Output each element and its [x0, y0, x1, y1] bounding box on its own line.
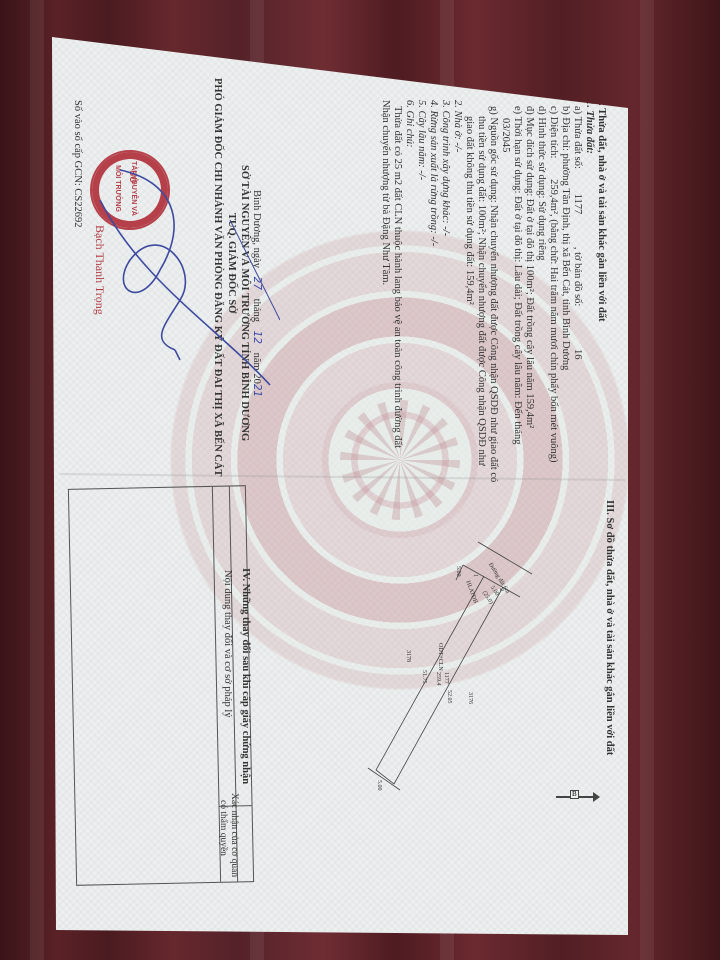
notes-heading: 6. Ghi chú:: [404, 100, 415, 148]
section2-sub1: 1. Thửa đất:: [584, 100, 595, 154]
parcel-area-label: 259.4: [435, 672, 441, 686]
section2-title: II. Thửa đất, nhà ở và tài sản khác gắn …: [596, 95, 607, 322]
edge-bottom-label: 5.00: [376, 780, 382, 791]
parcel-number-label: 1177: [443, 672, 449, 684]
parcel-sketch-map: [360, 540, 600, 800]
parcel-number-line: a) Thửa đất số: 1177 , tờ bản đồ số: 16: [572, 106, 583, 359]
parcel-number: 1177: [572, 194, 583, 215]
neighbor-left-label: 3178: [405, 650, 411, 662]
origin-line-3: giao đất không thu tiền sử dụng đất: 159…: [464, 116, 475, 305]
area-value: 259,4m², (bằng chữ: Hai trăm năm mươi ch…: [548, 179, 559, 462]
background-stripe: [30, 0, 44, 960]
north-label: B: [570, 790, 579, 799]
registry-number: Số vào sổ cấp GCN: CS22692: [72, 100, 83, 227]
address-line: b) Địa chỉ: phường Tân Định, thị xã Bến …: [560, 106, 571, 370]
note-line-2: Nhận chuyển nhượng từ bà Đặng Như Tâm.: [380, 100, 391, 285]
house-line: 2. Nhà ở: -/-: [452, 100, 463, 152]
certificate-page: II. Thửa đất, nhà ở và tài sản khác gắn …: [0, 0, 720, 960]
use-term-line: e) Thời hạn sử dụng: Đất ở tại đô thị: L…: [512, 106, 523, 445]
edge-small-label: 5.00: [455, 566, 461, 577]
map-sheet-number: 16: [572, 349, 583, 360]
changes-col-confirm-2: có thẩm quyền: [218, 800, 228, 856]
corner-1-label: 1: [472, 574, 478, 577]
edge-right-label: 52.05: [446, 690, 452, 704]
north-arrow-icon: B: [556, 796, 596, 798]
use-purpose-line: đ) Mục đích sử dụng: Đất ở tại đô thị 10…: [524, 106, 535, 428]
use-term-line-2: 03/2045: [500, 118, 511, 152]
perennial-line: 5. Cây lâu năm: -/-: [416, 100, 427, 180]
area-line: c) Diện tích: 259,4m², (bằng chữ: Hai tr…: [548, 106, 559, 463]
edge-left-label: 51.75: [421, 670, 427, 684]
origin-line-2: thu tiền sử dụng đất: 100m²; Nhận chuyển…: [476, 116, 487, 466]
handwritten-signature: [80, 160, 280, 390]
section3-title: III. Sơ đồ thửa đất, nhà ở và tài sản kh…: [604, 500, 615, 755]
map-sheet-label: , tờ bản đồ số:: [572, 247, 583, 307]
note-line-1: Thửa đất có 25 m2 đất CLN thuộc hành lan…: [392, 106, 403, 448]
background-stripe: [640, 0, 654, 960]
parcel-code-label: ODT+CLN: [437, 643, 443, 671]
other-works-line: 3. Công trình xây dựng khác: -/-: [440, 100, 451, 236]
parcel-label: a) Thửa đất số:: [572, 106, 583, 169]
corner-2-label: 2: [498, 588, 504, 591]
use-form-line: d) Hình thức sử dụng: Sử dụng riêng: [536, 106, 547, 260]
changes-col-content: Nội dung thay đổi và cơ sở pháp lý: [222, 570, 233, 718]
area-label: c) Diện tích:: [548, 106, 559, 158]
forest-line: 4. Rừng sản xuất là rừng trồng: -/-: [428, 100, 439, 246]
neighbor-right-label: 3176: [467, 692, 473, 704]
signer-name: Bạch Thanh Trọng: [94, 225, 106, 315]
origin-line: g) Nguồn gốc sử dụng: Nhận chuyển nhượng…: [488, 106, 499, 482]
section4-title: IV. Những thay đổi sau khi cấp giấy chứn…: [240, 568, 251, 784]
changes-col-confirm-1: Xác nhận của cơ quan: [229, 793, 239, 877]
